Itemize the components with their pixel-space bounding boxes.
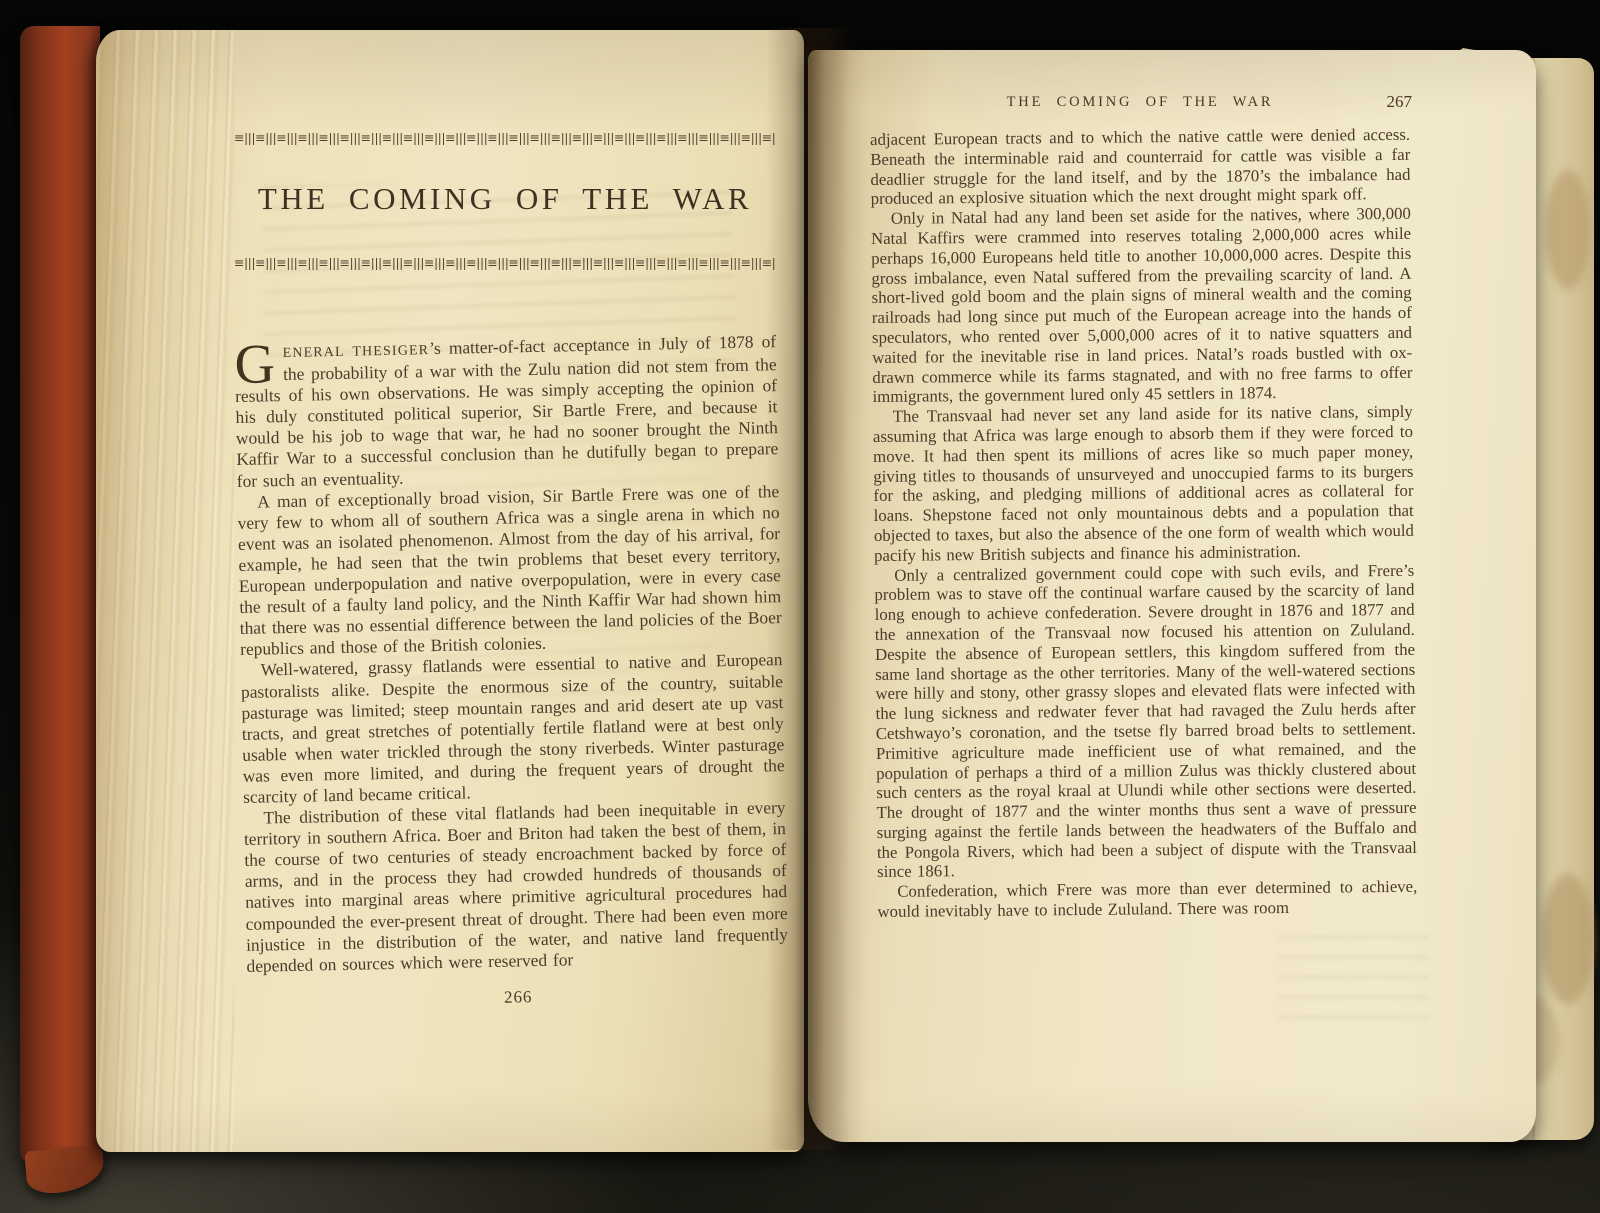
left-page-body: GENERAL THESIGER’s matter-of-fact accept… — [234, 331, 789, 1013]
paragraph: Only a centralized government could cope… — [874, 560, 1417, 882]
right-page: THE COMING OF THE WAR 267 adjacent Europ… — [808, 50, 1536, 1142]
page-edge-stack — [96, 30, 234, 1152]
running-header-title: THE COMING OF THE WAR — [1007, 94, 1274, 110]
page-stain — [1546, 170, 1590, 290]
page-number-right: 267 — [1387, 92, 1413, 112]
book-cover-corner — [24, 1145, 106, 1196]
paragraph: The Transvaal had never set any land asi… — [873, 402, 1414, 566]
smallcaps-lead: ENERAL THESIGER — [283, 343, 430, 361]
paragraph: Confederation, which Frere was more than… — [877, 877, 1417, 922]
left-page-content: ≡|||≡|||≡|||≡|||≡|||≡|||≡|||≡|||≡|||≡|||… — [234, 130, 776, 1013]
running-header: THE COMING OF THE WAR 267 — [870, 94, 1410, 111]
page-stain — [1542, 874, 1594, 1004]
paragraph: adjacent European tracts and to which th… — [870, 125, 1411, 209]
paragraph: A man of exceptionally broad vision, Sir… — [237, 481, 782, 661]
showthrough-ghost-text — [1278, 936, 1428, 1028]
page-number-left: 266 — [247, 981, 789, 1013]
book-photo-scene: ≡|||≡|||≡|||≡|||≡|||≡|||≡|||≡|||≡|||≡|||… — [0, 0, 1600, 1213]
chapter-title: THE COMING OF THE WAR — [234, 181, 776, 217]
left-page: ≡|||≡|||≡|||≡|||≡|||≡|||≡|||≡|||≡|||≡|||… — [96, 30, 804, 1152]
right-page-content: THE COMING OF THE WAR 267 adjacent Europ… — [870, 94, 1410, 922]
paragraph: The distribution of these vital flatland… — [243, 797, 788, 977]
paragraph: Well-watered, grassy flatlands were esse… — [240, 649, 785, 808]
chapter-ornament-top: ≡|||≡|||≡|||≡|||≡|||≡|||≡|||≡|||≡|||≡|||… — [234, 130, 776, 145]
right-page-body: adjacent European tracts and to which th… — [870, 125, 1418, 922]
chapter-ornament-bottom: ≡|||≡|||≡|||≡|||≡|||≡|||≡|||≡|||≡|||≡|||… — [234, 255, 776, 270]
book-cover-spine — [20, 26, 100, 1162]
drop-cap: G — [234, 341, 283, 385]
paragraph: GENERAL THESIGER’s matter-of-fact accept… — [234, 331, 779, 492]
paragraph: Only in Natal had any land been set asid… — [871, 204, 1413, 407]
